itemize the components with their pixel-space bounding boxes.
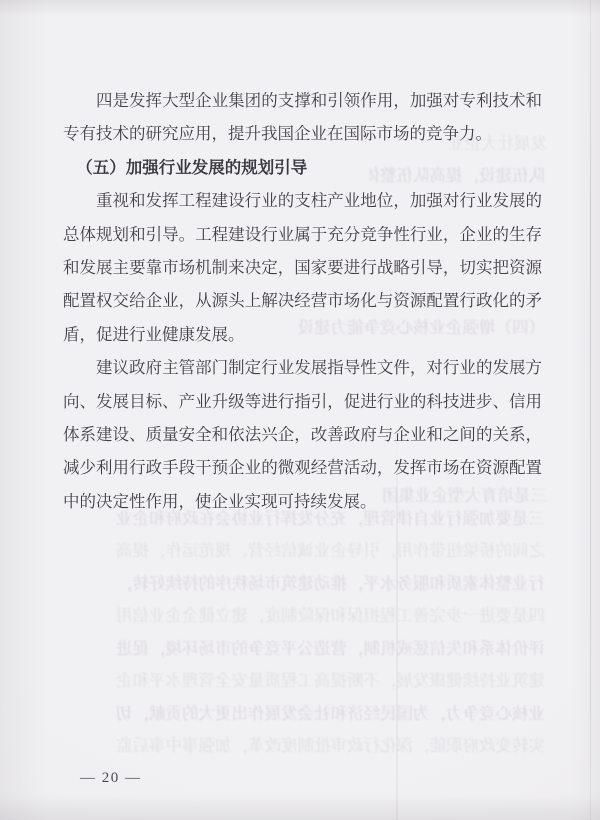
- scan-edge-line: [590, 0, 592, 820]
- paragraph-planning-1: 重视和发挥工程建设行业的支柱产业地位，加强对行业发展的总体规划和引导。工程建设行…: [63, 184, 542, 351]
- page-number: — 20 —: [80, 770, 142, 787]
- section-heading: （五）加强行业发展的规划引导: [63, 151, 542, 184]
- document-text: 四是发挥大型企业集团的支撑和引领作用，加强对专利技术和专有技术的研究应用，提升我…: [63, 84, 542, 518]
- paragraph-planning-2: 建议政府主管部门制定行业发展指导性文件，对行业的发展方向、发展目标、产业升级等进…: [63, 351, 542, 518]
- paragraph-intro: 四是发挥大型企业集团的支撑和引领作用，加强对专利技术和专有技术的研究应用，提升我…: [63, 84, 542, 151]
